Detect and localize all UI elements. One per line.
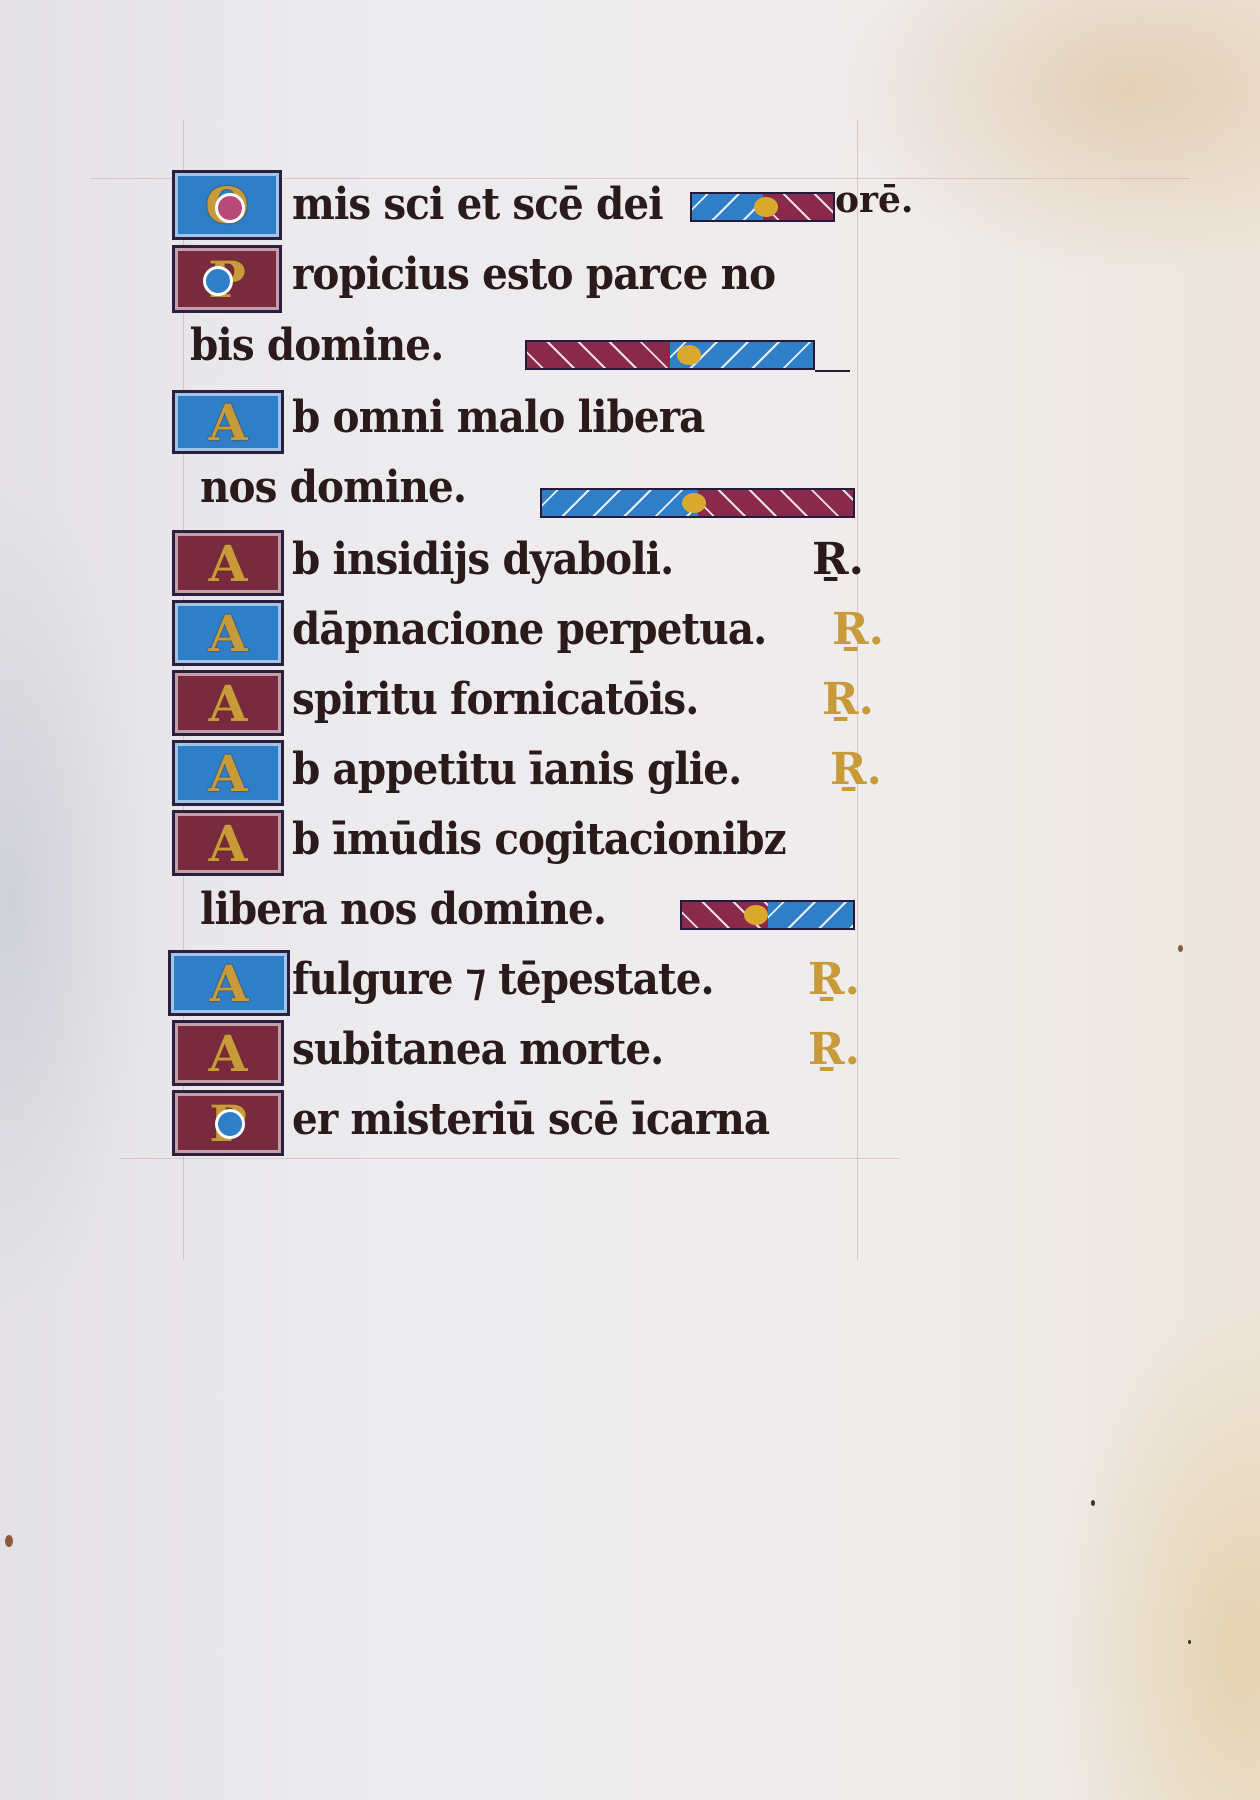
initial-A: A <box>172 530 284 596</box>
manuscript-page: O mis sci et scē dei orē. P ropicius est… <box>0 0 1260 1800</box>
rosette-icon <box>203 266 233 296</box>
text-line-14: er misteriū scē īcarna <box>292 1090 769 1150</box>
initial-A: A <box>172 600 284 666</box>
text-line-8: spiritu fornicatōis. <box>292 670 698 730</box>
response-marker: Ṟ. <box>830 740 882 800</box>
text-line-6: b insidijs dyaboli. <box>292 530 673 590</box>
text-line-9: b appetitu īanis glie. <box>292 740 741 800</box>
rosette-icon <box>215 193 245 223</box>
response-marker: Ṟ. <box>808 1020 860 1080</box>
stain-speck <box>1188 1640 1191 1644</box>
line-tail: orē. <box>835 170 913 230</box>
initial-O: O <box>172 170 282 240</box>
filler-tail <box>815 370 850 372</box>
line-filler <box>525 340 815 370</box>
initial-P: P <box>172 245 282 313</box>
line-filler <box>680 900 855 930</box>
text-line-13: subitanea morte. <box>292 1020 663 1080</box>
text-line-12: fulgure ⁊ tēpestate. <box>292 950 714 1010</box>
text-line-2: ropicius esto parce no <box>292 245 775 305</box>
stain-speck <box>1091 1500 1095 1506</box>
response-marker: Ṟ. <box>812 530 864 590</box>
initial-A: A <box>172 670 284 736</box>
initial-P: P <box>172 1090 284 1156</box>
line-text: mis sci et scē dei <box>292 179 663 230</box>
text-line-7: dāpnacione perpetua. <box>292 600 766 660</box>
rosette-icon <box>215 1109 245 1139</box>
stain-speck <box>1178 945 1183 952</box>
stain-speck <box>5 1535 13 1547</box>
initial-A: A <box>172 740 284 806</box>
response-marker: Ṟ. <box>822 670 874 730</box>
initial-A: A <box>172 390 284 454</box>
initial-A: A <box>168 950 290 1016</box>
text-line-10: b īmūdis cogitacionibz <box>292 810 786 870</box>
text-line-1: mis sci et scē dei <box>292 175 663 235</box>
ruling-bottom <box>120 1158 900 1159</box>
line-filler <box>690 192 835 222</box>
response-marker: Ṟ. <box>808 950 860 1010</box>
response-marker: Ṟ. <box>832 600 884 660</box>
initial-A: A <box>172 810 284 876</box>
initial-A: A <box>172 1020 284 1086</box>
text-line-5: nos domine. <box>200 458 466 518</box>
initial-letter: A <box>209 393 248 452</box>
text-line-11: libera nos domine. <box>200 880 606 940</box>
line-filler <box>540 488 855 518</box>
text-line-3: bis domine. <box>190 316 443 376</box>
text-line-4: b omni malo libera <box>292 388 704 448</box>
